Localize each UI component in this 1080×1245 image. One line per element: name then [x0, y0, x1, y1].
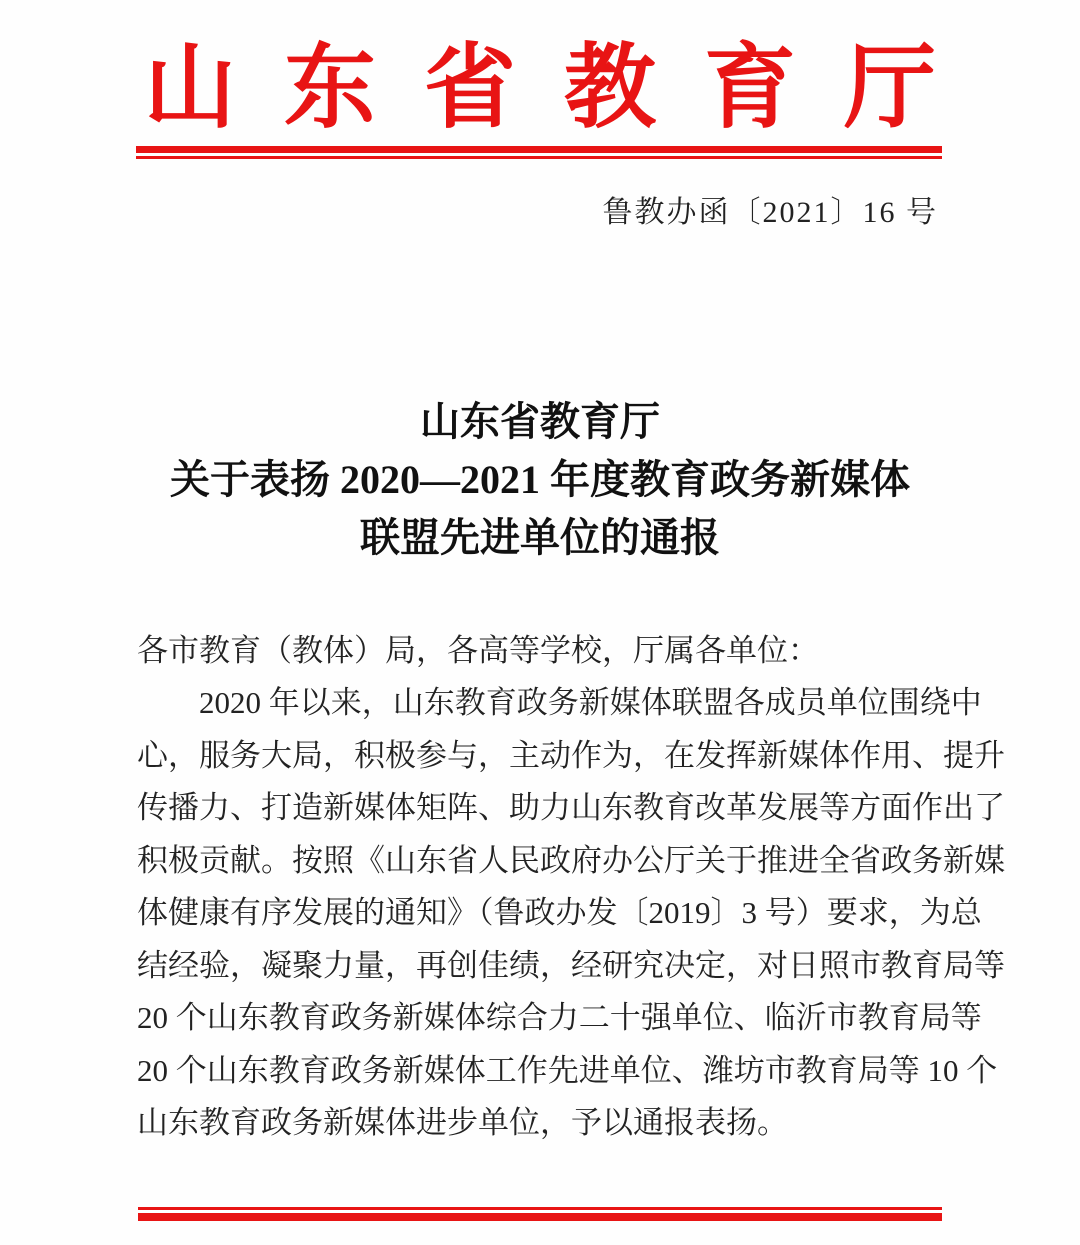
- body-line: 20 个山东教育政务新媒体工作先进单位、潍坊市教育局等 10 个: [137, 1045, 942, 1098]
- salutation-line: 各市教育（教体）局，各高等学校，厅属各单位：: [137, 624, 942, 677]
- body-line: 山东教育政务新媒体进步单位，予以通报表扬。: [137, 1097, 942, 1150]
- body-line: 结经验，凝聚力量，再创佳绩，经研究决定，对日照市教育局等: [137, 940, 942, 993]
- document-title-line-3: 联盟先进单位的通报: [0, 509, 1080, 567]
- letterhead-rule-thin: [136, 156, 942, 159]
- official-document-page: 山东省教育厅 鲁教办函〔2021〕16 号 山东省教育厅 关于表扬 2020—2…: [0, 0, 1080, 1245]
- document-body: 各市教育（教体）局，各高等学校，厅属各单位： 2020 年以来，山东教育政务新媒…: [137, 624, 942, 1150]
- body-line: 积极贡献。按照《山东省人民政府办公厅关于推进全省政务新媒: [137, 835, 942, 888]
- document-title-line-1: 山东省教育厅: [0, 393, 1080, 451]
- document-title: 山东省教育厅 关于表扬 2020—2021 年度教育政务新媒体 联盟先进单位的通…: [0, 393, 1080, 567]
- document-number: 鲁教办函〔2021〕16 号: [603, 194, 939, 232]
- body-line: 传播力、打造新媒体矩阵、助力山东教育改革发展等方面作出了: [137, 782, 942, 835]
- letterhead-agency-text: 山东省教育厅: [144, 40, 984, 136]
- body-line: 2020 年以来，山东教育政务新媒体联盟各成员单位围绕中: [137, 677, 942, 730]
- letterhead-rule-thick: [136, 146, 942, 153]
- letterhead-double-rule: [136, 146, 942, 159]
- letterhead-agency-name: 山东省教育厅: [0, 40, 1080, 136]
- body-line: 心，服务大局，积极参与，主动作为，在发挥新媒体作用、提升: [137, 730, 942, 783]
- footer-rule-thick: [138, 1213, 942, 1221]
- body-line: 20 个山东教育政务新媒体综合力二十强单位、临沂市教育局等: [137, 992, 942, 1045]
- footer-double-rule: [138, 1207, 942, 1221]
- body-line: 体健康有序发展的通知》（鲁政办发〔2019〕3 号）要求，为总: [137, 887, 942, 940]
- document-title-line-2: 关于表扬 2020—2021 年度教育政务新媒体: [0, 451, 1080, 509]
